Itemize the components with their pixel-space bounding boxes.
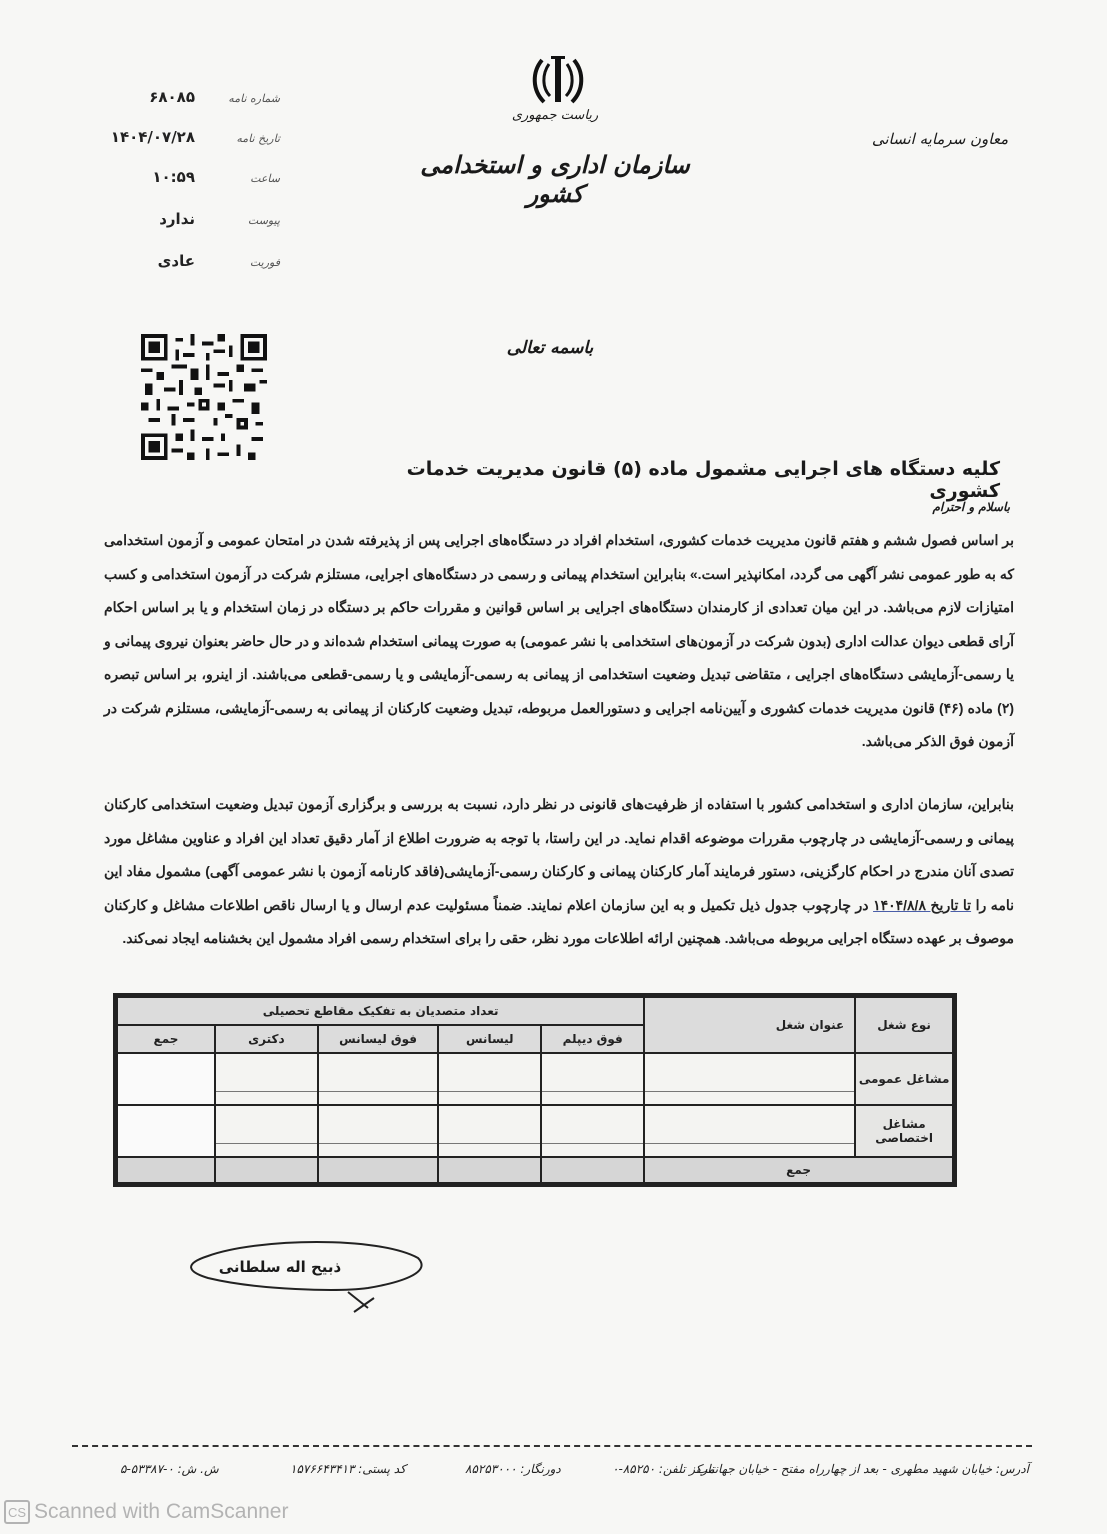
organization-name: سازمان اداری و استخدامی کشور [410, 150, 700, 208]
qr-code-icon [138, 334, 270, 460]
greeting-text: باسلام و احترام [860, 500, 1010, 514]
meta-label: تاریخ نامه [236, 132, 280, 145]
meta-label: شماره نامه [228, 92, 280, 105]
footer-address: آدرس: خیابان شهید مطهری - بعد از چهارراه… [696, 1462, 1029, 1476]
meta-value: ندارد [159, 210, 195, 228]
meta-priority: فوریت عادی [100, 252, 280, 282]
total-master-cell[interactable] [318, 1157, 438, 1183]
row-type-specialized: مشاغل اختصاصی [855, 1105, 953, 1157]
total-bachelor-cell[interactable] [438, 1157, 541, 1183]
total-associate-cell[interactable] [541, 1157, 644, 1183]
table-row: مشاغل عمومی [117, 1053, 953, 1105]
meta-label: پیوست [248, 214, 280, 227]
header-associate: فوق دیپلم [541, 1025, 644, 1053]
meta-value: ۱۰:۵۹ [152, 168, 195, 186]
total-row: جمع [117, 1157, 953, 1183]
footer-fax: دورنگار: ۸۵۲۵۳۰۰۰ [465, 1462, 561, 1476]
meta-label: ساعت [250, 172, 280, 185]
bachelor-cell[interactable] [438, 1105, 541, 1157]
header-job-title: عنوان شغل [644, 997, 855, 1053]
footer-divider [72, 1445, 1032, 1447]
doctorate-cell[interactable] [215, 1105, 318, 1157]
meta-label: فوریت [250, 256, 280, 269]
body-paragraph-2: بنابراین، سازمان اداری و استخدامی کشور ب… [104, 788, 1014, 956]
bachelor-cell[interactable] [438, 1053, 541, 1105]
watermark-text: Scanned with CamScanner [34, 1500, 288, 1524]
header-job-type: نوع شغل [855, 997, 953, 1053]
job-title-cell[interactable] [644, 1105, 855, 1157]
header-doctorate: دکتری [215, 1025, 318, 1053]
total-row-label: جمع [644, 1157, 953, 1183]
para2-text-before: بنابراین، سازمان اداری و استخدامی کشور ب… [104, 796, 1014, 913]
iran-emblem-icon [528, 50, 588, 110]
meta-time: ساعت ۱۰:۵۹ [100, 168, 280, 198]
header-bachelor: لیسانس [438, 1025, 541, 1053]
doctorate-cell[interactable] [215, 1053, 318, 1105]
associate-cell[interactable] [541, 1053, 644, 1105]
header-total: جمع [117, 1025, 215, 1053]
grand-total-cell[interactable] [117, 1157, 215, 1183]
signatory-name: ذبیح اله سلطانی [200, 1258, 360, 1276]
footer-national-id: ش. ش: ۰-۵۳۳۸۷-۵ [120, 1462, 219, 1476]
table-row: مشاغل اختصاصی [117, 1105, 953, 1157]
associate-cell[interactable] [541, 1105, 644, 1157]
invocation-heading: باسمه تعالی [480, 338, 620, 358]
body-paragraph-1: بر اساس فصول ششم و هفتم قانون مدیریت خدم… [104, 524, 1014, 759]
addressee-heading: کلیه دستگاه های اجرایی مشمول ماده (۵) قا… [330, 458, 1000, 502]
meta-value: عادی [158, 252, 195, 270]
camscanner-watermark: CS Scanned with CamScanner [4, 1500, 288, 1524]
meta-value: ۱۴۰۴/۰۷/۲۸ [111, 128, 195, 146]
total-doctorate-cell[interactable] [215, 1157, 318, 1183]
total-cell[interactable] [117, 1053, 215, 1105]
statistics-table: نوع شغل عنوان شغل تعداد متصدیان به تفکیک… [113, 993, 957, 1187]
footer-call-center: مرکز تلفن: ۸۵۲۵۰-۰ [612, 1462, 715, 1476]
total-cell[interactable] [117, 1105, 215, 1157]
meta-value: ۶۸۰۸۵ [149, 88, 195, 106]
deputy-title: معاون سرمایه انسانی [860, 130, 1020, 148]
row-type-general: مشاغل عمومی [855, 1053, 953, 1105]
meta-letter-date: تاریخ نامه ۱۴۰۴/۰۷/۲۸ [100, 128, 280, 158]
master-cell[interactable] [318, 1105, 438, 1157]
letter-page: شماره نامه ۶۸۰۸۵ تاریخ نامه ۱۴۰۴/۰۷/۲۸ س… [0, 0, 1107, 1534]
header-master: فوق لیسانس [318, 1025, 438, 1053]
deadline-highlight: تا تاریخ ۱۴۰۴/۸/۸ [873, 897, 971, 913]
footer-postal-code: کد پستی: ۱۵۷۶۶۴۳۴۱۳ [290, 1462, 406, 1476]
presidency-label: ریاست جمهوری [480, 108, 630, 123]
meta-letter-number: شماره نامه ۶۸۰۸۵ [100, 88, 280, 118]
master-cell[interactable] [318, 1053, 438, 1105]
meta-attachment: پیوست ندارد [100, 210, 280, 240]
job-title-cell[interactable] [644, 1053, 855, 1105]
header-education-group: تعداد متصدیان به تفکیک مقاطع تحصیلی [117, 997, 644, 1025]
camscanner-logo-icon: CS [4, 1500, 30, 1524]
